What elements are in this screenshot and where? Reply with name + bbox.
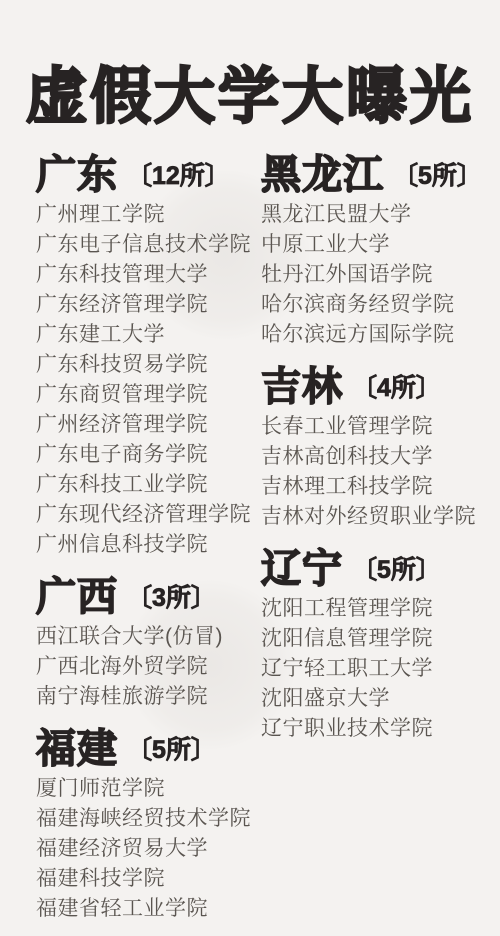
university-item: 广东经济管理学院 (36, 290, 261, 320)
section-guangxi: 广西 〔3所〕 西江联合大学(仿冒) 广西北海外贸学院 南宁海桂旅游学院 (36, 576, 261, 712)
university-item: 哈尔滨远方国际学院 (261, 320, 486, 350)
university-item: 沈阳工程管理学院 (261, 594, 486, 624)
university-item: 广东科技工业学院 (36, 470, 261, 500)
section-fujian: 福建 〔5所〕 厦门师范学院 福建海峡经贸技术学院 福建经济贸易大学 福建科技学… (36, 728, 261, 924)
section-header-guangdong: 广东 〔12所〕 (36, 154, 261, 196)
province-count: 〔5所〕 (352, 558, 441, 583)
section-header-liaoning: 辽宁 〔5所〕 (261, 548, 486, 590)
university-item: 福建省轻工业学院 (36, 894, 261, 924)
university-item: 广东电子信息技术学院 (36, 230, 261, 260)
university-item: 广州经济管理学院 (36, 410, 261, 440)
university-item: 福建科技学院 (36, 864, 261, 894)
province-count: 〔5所〕 (127, 738, 216, 763)
university-item: 广东科技贸易学院 (36, 350, 261, 380)
province-name: 黑龙江 (261, 155, 384, 195)
university-item: 厦门师范学院 (36, 774, 261, 804)
university-item: 吉林理工科技学院 (261, 472, 486, 502)
province-name: 广东 (36, 155, 118, 195)
university-item: 中原工业大学 (261, 230, 486, 260)
province-name: 广西 (36, 577, 118, 617)
fake-universities-poster: 虚假大学大曝光 广东 〔12所〕 广州理工学院 广东电子信息技术学院 广东科技管… (0, 0, 500, 936)
university-item: 长春工业管理学院 (261, 412, 486, 442)
university-item: 吉林高创科技大学 (261, 442, 486, 472)
university-item: 福建海峡经贸技术学院 (36, 804, 261, 834)
province-count: 〔4所〕 (352, 376, 441, 401)
section-jilin: 吉林 〔4所〕 长春工业管理学院 吉林高创科技大学 吉林理工科技学院 吉林对外经… (261, 366, 486, 532)
university-item: 哈尔滨商务经贸学院 (261, 290, 486, 320)
section-heilongjiang: 黑龙江 〔5所〕 黑龙江民盟大学 中原工业大学 牡丹江外国语学院 哈尔滨商务经贸… (261, 154, 486, 350)
section-liaoning: 辽宁 〔5所〕 沈阳工程管理学院 沈阳信息管理学院 辽宁轻工职工大学 沈阳盛京大… (261, 548, 486, 744)
university-item: 牡丹江外国语学院 (261, 260, 486, 290)
page-title: 虚假大学大曝光 (0, 0, 500, 128)
left-column: 广东 〔12所〕 广州理工学院 广东电子信息技术学院 广东科技管理大学 广东经济… (36, 154, 261, 924)
university-item: 广东现代经济管理学院 (36, 500, 261, 530)
province-count: 〔12所〕 (127, 164, 230, 189)
section-header-jilin: 吉林 〔4所〕 (261, 366, 486, 408)
province-count: 〔3所〕 (127, 586, 216, 611)
university-item: 广西北海外贸学院 (36, 652, 261, 682)
section-guangdong: 广东 〔12所〕 广州理工学院 广东电子信息技术学院 广东科技管理大学 广东经济… (36, 154, 261, 560)
university-item: 黑龙江民盟大学 (261, 200, 486, 230)
province-name: 辽宁 (261, 549, 343, 589)
university-item: 南宁海桂旅游学院 (36, 682, 261, 712)
province-count: 〔5所〕 (393, 164, 482, 189)
university-item: 福建经济贸易大学 (36, 834, 261, 864)
university-item: 吉林对外经贸职业学院 (261, 502, 486, 532)
right-column: 黑龙江 〔5所〕 黑龙江民盟大学 中原工业大学 牡丹江外国语学院 哈尔滨商务经贸… (261, 154, 486, 924)
university-item: 广东科技管理大学 (36, 260, 261, 290)
columns: 广东 〔12所〕 广州理工学院 广东电子信息技术学院 广东科技管理大学 广东经济… (0, 154, 500, 924)
university-item: 西江联合大学(仿冒) (36, 622, 261, 652)
university-item: 辽宁职业技术学院 (261, 714, 486, 744)
section-header-guangxi: 广西 〔3所〕 (36, 576, 261, 618)
province-name: 吉林 (261, 367, 343, 407)
university-item: 广东建工大学 (36, 320, 261, 350)
section-header-fujian: 福建 〔5所〕 (36, 728, 261, 770)
section-header-heilongjiang: 黑龙江 〔5所〕 (261, 154, 486, 196)
university-item: 广州信息科技学院 (36, 530, 261, 560)
university-item: 广东电子商务学院 (36, 440, 261, 470)
university-item: 广东商贸管理学院 (36, 380, 261, 410)
university-item: 沈阳盛京大学 (261, 684, 486, 714)
university-item: 辽宁轻工职工大学 (261, 654, 486, 684)
university-item: 广州理工学院 (36, 200, 261, 230)
province-name: 福建 (36, 729, 118, 769)
university-item: 沈阳信息管理学院 (261, 624, 486, 654)
